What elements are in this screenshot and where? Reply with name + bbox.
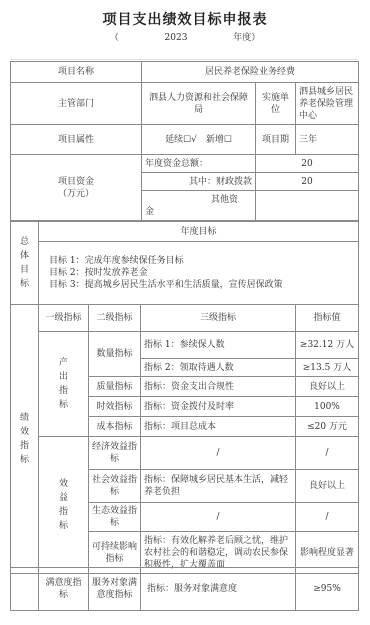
ecological-indicator-label: 生态效益指标 xyxy=(89,503,141,532)
annual-goals-header: 年度目标 xyxy=(39,222,359,242)
output-indicator-label: 产 出 指 标 xyxy=(39,332,89,437)
project-name-label: 项目名称 xyxy=(11,62,142,83)
indicator-value: ≥32.12 万人 xyxy=(296,332,359,359)
indicator-text: 指标：项目总成本 xyxy=(141,417,296,437)
indicator-value: 良好以上 xyxy=(296,470,359,503)
indicator-value: 100% xyxy=(296,397,359,417)
indicator-value: ≥95% xyxy=(296,568,359,611)
funds-total-label: 年度资金总额： xyxy=(142,155,256,173)
goal-item: 目标 2：按时发放养老金 xyxy=(49,267,355,279)
row-attribute: 项目属性 延续☐√ 新增☐ 项目期 三年 xyxy=(11,125,359,155)
indicator-value: ≤20 万元 xyxy=(296,417,359,437)
funds-other-label-line1: 其他资 xyxy=(145,194,252,206)
row-goals-list: 目标 1：完成年度参续保任务目标 目标 2：按时发放养老金 目标 3：提高城乡居… xyxy=(11,242,359,305)
performance-table: 绩 效 指 标 一级指标 二级指标 三级指标 指标值 产 出 指 标 数量指标 … xyxy=(10,304,359,574)
social-indicator-label: 社会效益指标 xyxy=(89,470,141,503)
satisfaction-side-blank xyxy=(11,568,39,611)
indicator-value: / xyxy=(296,503,359,532)
header-level3: 三级指标 xyxy=(141,305,296,332)
indicator-text: 指标 2：领取待遇人数 xyxy=(141,359,296,377)
attr-value: 延续☐√ 新增☐ xyxy=(142,125,256,155)
row-funds-total: 项目资金 （万元） 年度资金总额： 20 xyxy=(11,155,359,173)
economic-indicator-label: 经济效益指标 xyxy=(89,437,141,470)
goal-item: 目标 3：提高城乡居民生活水平和生活质量，宣传居保政策 xyxy=(49,279,355,291)
document-title: 项目支出绩效目标申报表 xyxy=(0,9,370,29)
period-value: 三年 xyxy=(296,125,359,155)
header-value: 指标值 xyxy=(296,305,359,332)
overall-goals-table: 总 体 目 标 年度目标 目标 1：完成年度参续保任务目标 目标 2：按时发放养… xyxy=(10,221,359,305)
timeliness-indicator-label: 时效指标 xyxy=(89,397,141,417)
subtitle-suffix: 年度） xyxy=(233,30,260,43)
dept-value: 泗县人力资源和社会保障局 xyxy=(142,83,256,125)
benefit-indicator-label: 效 益 指 标 xyxy=(39,437,89,574)
funds-label-line1: 项目资金 xyxy=(14,176,138,188)
row-department: 主管部门 泗县人力资源和社会保障局 实施单位 泗县城乡居民养老保险管理中心 xyxy=(11,83,359,125)
header-level2: 二级指标 xyxy=(89,305,141,332)
period-label: 项目期 xyxy=(256,125,296,155)
table-row: 效 益 指 标 经济效益指标 / / xyxy=(11,437,359,470)
funds-fiscal-label: 其中：财政拨款 xyxy=(142,173,256,191)
funds-total-value: 20 xyxy=(256,155,359,173)
project-name-value: 居民养老保险业务经费 xyxy=(142,62,359,83)
service-satisfaction-label: 服务对象满意度指标 xyxy=(89,568,141,611)
header-level1: 一级指标 xyxy=(39,305,89,332)
performance-side-label: 绩 效 指 标 xyxy=(11,305,39,574)
goal-item: 目标 1：完成年度参续保任务目标 xyxy=(49,255,355,267)
row-goals-header: 总 体 目 标 年度目标 xyxy=(11,222,359,242)
cost-indicator-label: 成本指标 xyxy=(89,417,141,437)
indicator-text: 指标 1：参续保人数 xyxy=(141,332,296,359)
indicator-text: 指标：服务对象满意度 xyxy=(141,568,296,611)
indicator-text: / xyxy=(141,437,296,470)
divider xyxy=(10,59,358,60)
funds-other-label-line2: 金 xyxy=(145,206,252,218)
row-perf-headers: 绩 效 指 标 一级指标 二级指标 三级指标 指标值 xyxy=(11,305,359,332)
indicator-value: / xyxy=(296,437,359,470)
indicator-text: 指标：保障城乡居民基本生活，减轻养老负担 xyxy=(141,470,296,503)
satisfaction-table: 满意度指标 服务对象满意度指标 指标：服务对象满意度 ≥95% xyxy=(10,567,359,611)
indicator-value: 良好以上 xyxy=(296,377,359,397)
indicator-text: 指标：资金支出合规性 xyxy=(141,377,296,397)
funds-fiscal-value: 20 xyxy=(256,173,359,191)
funds-other-label: 其他资 金 xyxy=(142,191,256,221)
quality-indicator-label: 质量指标 xyxy=(89,377,141,397)
table-row: 产 出 指 标 数量指标 指标 1：参续保人数 ≥32.12 万人 xyxy=(11,332,359,359)
indicator-text: / xyxy=(141,503,296,532)
indicator-value: ≥13.5 万人 xyxy=(296,359,359,377)
satisfaction-indicator-label: 满意度指标 xyxy=(39,568,89,611)
row-project-name: 项目名称 居民养老保险业务经费 xyxy=(11,62,359,83)
basic-info-table: 项目名称 居民养老保险业务经费 主管部门 泗县人力资源和社会保障局 实施单位 泗… xyxy=(10,61,359,221)
table-row: 满意度指标 服务对象满意度指标 指标：服务对象满意度 ≥95% xyxy=(11,568,359,611)
funds-other-value xyxy=(256,191,359,221)
goals-list: 目标 1：完成年度参续保任务目标 目标 2：按时发放养老金 目标 3：提高城乡居… xyxy=(39,242,359,305)
quantity-indicator-label: 数量指标 xyxy=(89,332,141,377)
impl-unit-value: 泗县城乡居民养老保险管理中心 xyxy=(296,83,359,125)
subtitle-year: 2023 xyxy=(165,33,188,43)
overall-goals-side-label: 总 体 目 标 xyxy=(11,222,39,305)
impl-unit-label: 实施单位 xyxy=(256,83,296,125)
indicator-text: 指标：资金拨付及时率 xyxy=(141,397,296,417)
funds-label-line2: （万元） xyxy=(14,188,138,200)
funds-label: 项目资金 （万元） xyxy=(11,155,142,221)
document-subtitle: （ 2023 年度） xyxy=(0,30,370,43)
attr-label: 项目属性 xyxy=(11,125,142,155)
subtitle-open-paren: （ xyxy=(110,30,119,43)
dept-label: 主管部门 xyxy=(11,83,142,125)
